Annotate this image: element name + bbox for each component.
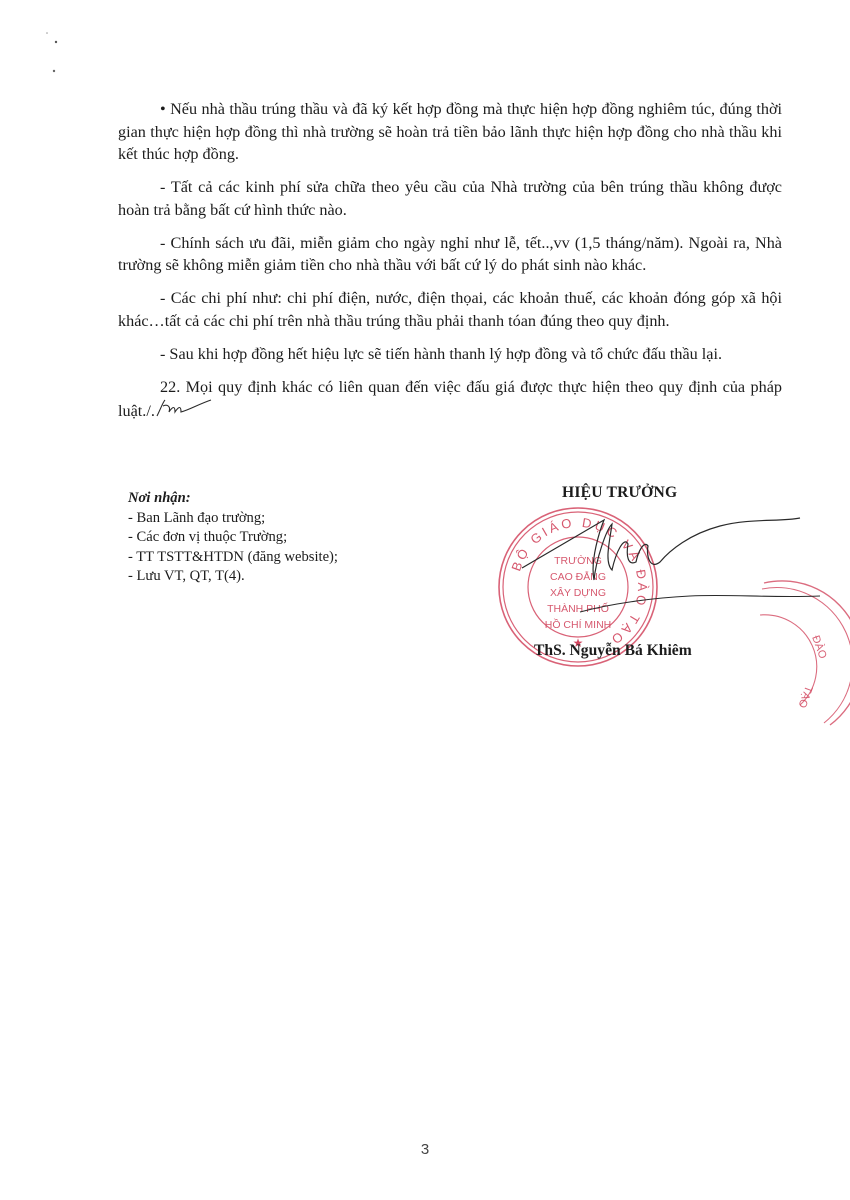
recipient-item: - Ban Lãnh đạo trường; <box>128 509 448 529</box>
paragraph-repair-costs: - Tất cả các kinh phí sửa chữa theo yêu … <box>118 176 782 221</box>
recipient-item: - Lưu VT, QT, T(4). <box>128 567 448 587</box>
paragraph-refund-guarantee: • Nếu nhà thầu trúng thầu và đã ký kết h… <box>118 98 782 166</box>
svg-text:TẠO: TẠO <box>795 684 814 710</box>
paragraph-clause-22: 22. Mọi quy định khác có liên quan đến v… <box>118 376 782 423</box>
paragraph-contract-expiry: - Sau khi hợp đồng hết hiệu lực sẽ tiến … <box>118 343 782 366</box>
signer-name: ThS. Nguyễn Bá Khiêm <box>534 642 692 660</box>
signature-icon <box>520 500 850 660</box>
document-page: • Nếu nhà thầu trúng thầu và đã ký kết h… <box>0 0 850 1200</box>
recipient-item: - Các đơn vị thuộc Trường; <box>128 528 448 548</box>
page-number: 3 <box>0 1141 850 1158</box>
clause-22-text: 22. Mọi quy định khác có liên quan đến v… <box>118 378 782 421</box>
paragraph-utility-costs: - Các chi phí như: chi phí điện, nước, đ… <box>118 287 782 332</box>
recipient-item: - TT TSTT&HTDN (đăng website); <box>128 548 448 568</box>
initials-flourish-icon <box>155 398 213 420</box>
body-text: • Nếu nhà thầu trúng thầu và đã ký kết h… <box>118 98 782 423</box>
paragraph-holiday-policy: - Chính sách ưu đãi, miễn giảm cho ngày … <box>118 232 782 277</box>
recipients-block: Nơi nhận: - Ban Lãnh đạo trường; - Các đ… <box>128 489 448 587</box>
recipients-title: Nơi nhận: <box>128 489 448 509</box>
signer-position-title: HIỆU TRƯỞNG <box>562 484 677 502</box>
scan-specks <box>40 25 100 75</box>
